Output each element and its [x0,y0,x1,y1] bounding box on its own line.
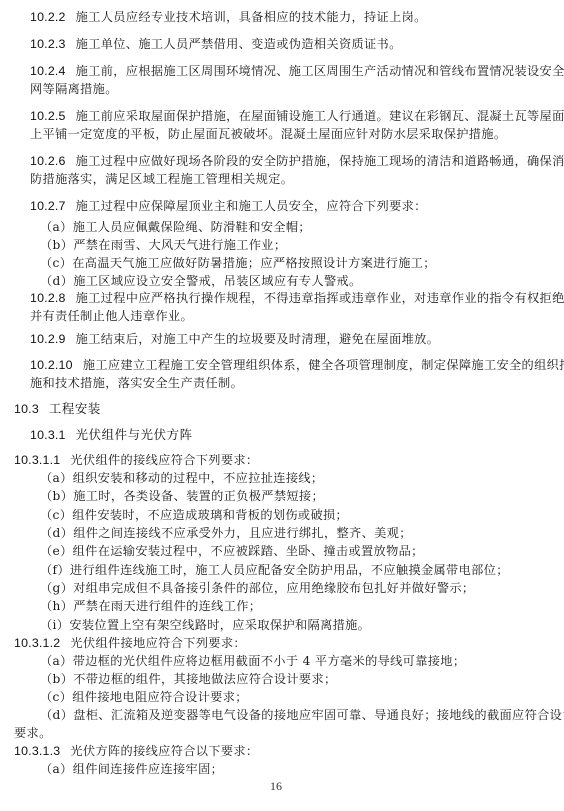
clause-10-2-10: 10.2.10施工应建立工程施工安全管理组织体系，健全各项管理制度，制定保障施工… [30,357,564,373]
clause-text: 施工前，应根据施工区周围环境情况、施工区周围生产活动情况和管线布置情况装设安全 [76,64,564,78]
list-item: （a）组件间连接件应连接牢固； [40,761,223,777]
list-item: （h）严禁在雨天进行组件的连线工作； [40,598,261,614]
clause-number: 10.3.1.1 [14,453,60,467]
section-heading-10-3-1: 10.3.1光伏组件与光伏方阵 [30,427,193,443]
clause-text: 施工结束后，对施工中产生的垃圾要及时清理，避免在屋面堆放。 [76,332,440,346]
clause-10-2-7: 10.2.7施工过程中应保障屋顶业主和施工人员安全，应符合下列要求： [30,198,427,214]
list-item: （b）施工时，各类设备、装置的正负极严禁短接； [40,488,324,504]
clause-10-2-4: 10.2.4施工前，应根据施工区周围环境情况、施工区周围生产活动情况和管线布置情… [30,63,564,79]
clause-text: 网等隔离措施。 [30,82,118,96]
clause-text: 并有责任制止他人违章作业。 [30,309,193,323]
list-item: （c）组件接地电阻应符合设计要求； [40,689,248,705]
clause-text: 上平铺一定宽度的平板，防止屋面瓦被破坏。混凝土屋面应针对防水层采取保护措施。 [30,127,506,141]
list-item: （d）施工区域应设立安全警戒，吊装区域应有专人警戒。 [40,273,362,289]
clause-text: 光伏组件的接线应符合下列要求： [70,453,258,467]
clause-text: 施工过程中应做好现场各阶段的安全防护措施，保持施工现场的清洁和道路畅通，确保消 [76,154,564,168]
clause-number: 10.3.1.2 [14,636,60,650]
section-heading-10-3: 10.3工程安装 [14,401,101,417]
clause-10-2-6: 10.2.6施工过程中应做好现场各阶段的安全防护措施，保持施工现场的清洁和道路畅… [30,153,564,169]
list-item: （c）在高温天气施工应做好防暑措施；应严格按照设计方案进行施工； [40,255,436,271]
list-item: （a）组织安装和移动的过程中，不应拉扯连接线； [40,470,323,486]
document-page: 10.2.2施工人员应经专业技术培训，具备相应的技术能力，持证上岗。 10.2.… [0,0,564,811]
clause-number: 10.2.8 [30,291,66,305]
clause-10-2-8: 10.2.8施工过程中应严格执行操作规程，不得违章指挥或违章作业，对违章作业的指… [30,290,564,306]
clause-text: 光伏组件接地应符合下列要求： [70,636,246,650]
page-number: 16 [270,779,282,794]
list-item: （g）对组串完成但不具备接引条件的部位，应用绝缘胶布包扎好并做好警示； [40,580,474,596]
clause-number: 10.2.3 [30,37,66,51]
section-number: 10.3.1 [30,428,66,442]
list-item: （d）组件之间连接线不应承受外力，且应进行绑扎，整齐、美观； [40,525,412,541]
clause-10-2-10-cont: 施和技术措施，落实安全生产责任制。 [30,375,243,391]
list-item: （i）安装位置上空有架空线路时，应采取保护和隔离措施。 [40,617,370,633]
clause-10-3-1-3: 10.3.1.3光伏方阵的接线应符合以下要求： [14,743,258,759]
section-number: 10.3 [14,402,39,416]
list-item: （e）组件在运输安装过程中，不应被踩踏、坐卧、撞击或置放物品； [40,543,424,559]
clause-number: 10.2.6 [30,154,66,168]
list-item-continuation: 要求。 [14,725,52,741]
section-title: 光伏组件与光伏方阵 [76,427,193,442]
clause-10-3-1-2: 10.3.1.2光伏组件接地应符合下列要求： [14,635,246,651]
list-item: （b）不带边框的组件，其接地做法应符合设计要求； [40,671,337,687]
clause-10-2-5-cont: 上平铺一定宽度的平板，防止屋面瓦被破坏。混凝土屋面应针对防水层采取保护措施。 [30,126,506,142]
clause-10-3-1-1: 10.3.1.1光伏组件的接线应符合下列要求： [14,452,258,468]
clause-number: 10.2.5 [30,109,66,123]
clause-number: 10.2.9 [30,332,66,346]
section-title: 工程安装 [49,401,101,416]
clause-10-2-4-cont: 网等隔离措施。 [30,81,118,97]
clause-text: 施工过程中应严格执行操作规程，不得违章指挥或违章作业，对违章作业的指令有权拒绝 [76,291,564,305]
clause-10-2-6-cont: 防措施落实，满足区域工程施工管理相关规定。 [30,171,293,187]
clause-10-2-3: 10.2.3施工单位、施工人员严禁借用、变造或伪造相关资质证书。 [30,36,402,52]
list-item: （b）严禁在雨雪、大风天气进行施工作业； [40,237,286,253]
list-item: （c）组件安装时，不应造成玻璃和背板的划伤或破损； [40,507,348,523]
clause-text: 施工前应采取屋面保护措施，在屋面铺设施工人行通道。建议在彩钢瓦、混凝土瓦等屋面 [76,109,564,123]
clause-number: 10.3.1.3 [14,744,60,758]
clause-text: 施工应建立工程施工安全管理组织体系，健全各项管理制度，制定保障施工安全的组织措 [83,358,564,372]
clause-text: 光伏方阵的接线应符合以下要求： [70,744,258,758]
clause-number: 10.2.4 [30,64,66,78]
clause-text: 施工过程中应保障屋顶业主和施工人员安全，应符合下列要求： [76,199,427,213]
clause-number: 10.2.10 [30,358,73,372]
clause-10-2-9: 10.2.9施工结束后，对施工中产生的垃圾要及时清理，避免在屋面堆放。 [30,331,439,347]
clause-text: 施工人员应经专业技术培训，具备相应的技术能力，持证上岗。 [76,10,427,24]
clause-text: 施工单位、施工人员严禁借用、变造或伪造相关资质证书。 [76,37,402,51]
list-item: （d）盘柜、汇流箱及逆变器等电气设备的接地应牢固可靠、导通良好；接地线的截面应符… [40,707,564,723]
clause-10-2-8-cont: 并有责任制止他人违章作业。 [30,308,193,324]
list-item: （a）施工人员应佩戴保险绳、防滑鞋和安全帽； [40,219,311,235]
clause-number: 10.2.2 [30,10,66,24]
list-item: （a）带边框的光伏组件应将边框用截面不小于 4 平方毫米的导线可靠接地； [40,653,465,669]
clause-10-2-2: 10.2.2施工人员应经专业技术培训，具备相应的技术能力，持证上岗。 [30,9,427,25]
clause-text: 施和技术措施，落实安全生产责任制。 [30,376,243,390]
list-item: （f）进行组件连线施工时，施工人员应配备安全防护用品，不应触摸金属带电部位； [40,562,509,578]
clause-10-2-5: 10.2.5施工前应采取屋面保护措施，在屋面铺设施工人行通道。建议在彩钢瓦、混凝… [30,108,564,124]
clause-number: 10.2.7 [30,199,66,213]
clause-text: 防措施落实，满足区域工程施工管理相关规定。 [30,172,293,186]
